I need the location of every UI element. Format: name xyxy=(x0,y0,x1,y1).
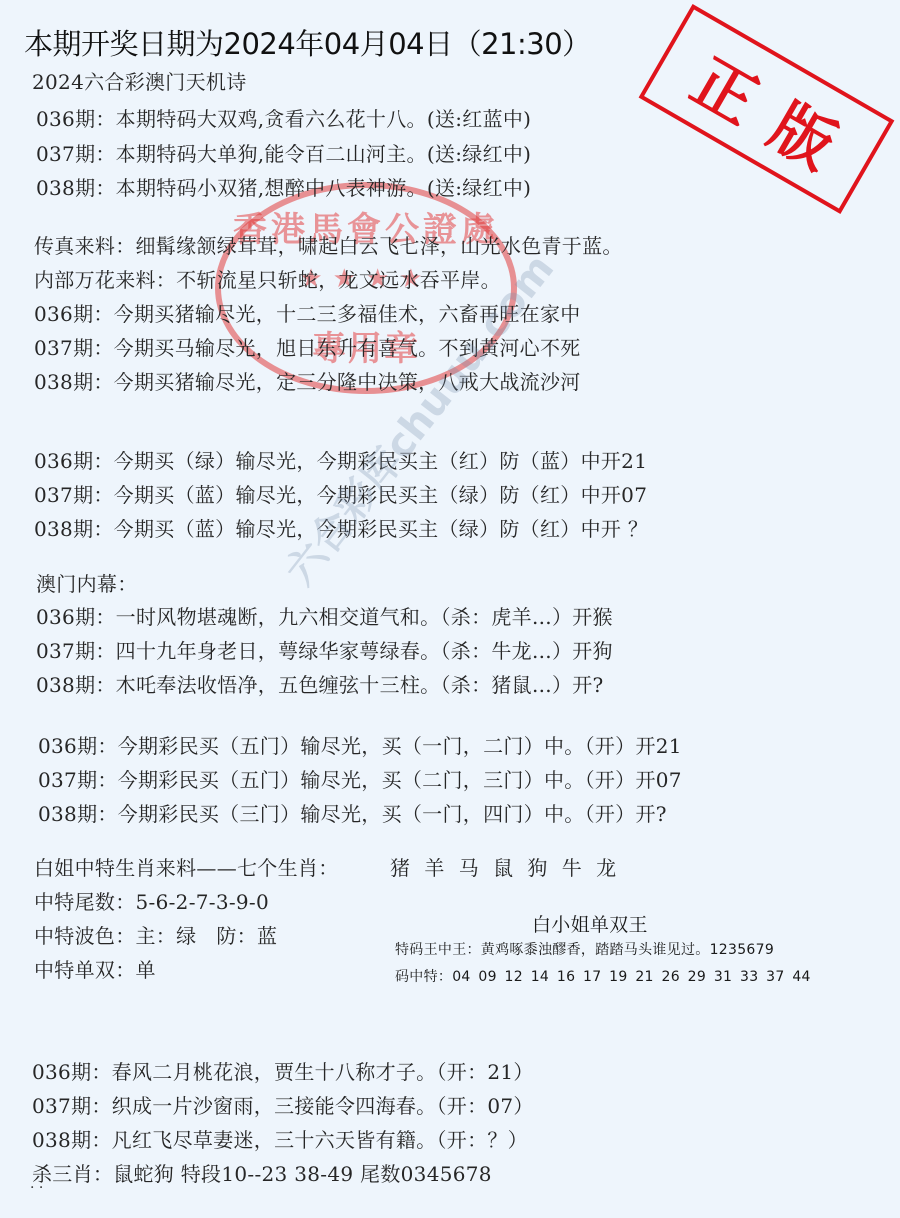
color-prediction-line: 036期：今期买（绿）输尽光，今期彩民买主（红）防（蓝）中开21 xyxy=(34,445,647,474)
inside-line: 038期：木吒奉法收悟净，五色缠弦十三柱。（杀：猪鼠...）开? xyxy=(36,669,604,698)
inside-line: 037期：四十九年身老日，萼绿华家萼绿春。（杀：牛龙...）开狗 xyxy=(36,635,613,664)
odd-even: 中特单双：单 xyxy=(34,954,156,983)
page-title: 本期开奖日期为2024年04月04日（21:30） xyxy=(24,22,591,63)
section-title-tianjishi: 2024六合彩澳门天机诗 xyxy=(32,66,247,95)
color-prediction-line: 038期：今期买（蓝）输尽光，今期彩民买主（绿）防（红）中开 ？ xyxy=(34,513,648,542)
internal-material-line: 内部万花来料：不斩流星只斩蛇，龙文远水吞平岸。 xyxy=(34,264,501,293)
trailing-dots: · · xyxy=(30,1180,43,1196)
box-line-2: 码中特：04 09 12 14 16 17 19 21 26 29 31 33 … xyxy=(395,966,811,986)
poem-line: 036期：本期特码大双鸡,贪看六么花十八。(送:红蓝中) xyxy=(36,103,531,132)
zhengban-stamp: 正版 xyxy=(639,4,895,214)
color-prediction-line: 037期：今期买（蓝）输尽光，今期彩民买主（绿）防（红）中开07 xyxy=(34,479,647,508)
period-line: 038期：今期买猪输尽光，定三分隆中决策，八戒大战流沙河 xyxy=(34,366,581,395)
tail-numbers: 中特尾数：5-6-2-7-3-9-0 xyxy=(34,886,269,915)
box-line-1: 特码王中王：黄鸡啄黍浊醪香，踏踏马头谁见过。1235679 xyxy=(395,939,774,959)
zodiac-label: 白姐中特生肖来料——七个生肖： xyxy=(34,852,339,881)
inside-line: 036期：一时风物堪魂断，九六相交道气和。（杀：虎羊...）开猴 xyxy=(36,601,613,630)
zodiac-list: 猪 羊 马 鼠 狗 牛 龙 xyxy=(390,852,620,881)
section-title-inside: 澳门内幕： xyxy=(36,568,138,597)
lottery-page: 本期开奖日期为2024年04月04日（21:30） 正版 香港馬會公證處 ★★★… xyxy=(0,0,900,1218)
door-line: 036期：今期彩民买（五门）输尽光，买（一门，二门）中。（开）开21 xyxy=(38,730,682,759)
box-title: 白小姐单双王 xyxy=(532,910,648,937)
door-line: 037期：今期彩民买（五门）输尽光，买（二门，三门）中。（开）开07 xyxy=(38,764,682,793)
wave-color: 中特波色：主：绿 防：蓝 xyxy=(34,920,277,949)
period-line: 036期：今期买猪输尽光，十二三多福佳术，六畜再旺在家中 xyxy=(34,298,581,327)
poem-line: 036期：春风二月桃花浪，贾生十八称才子。（开：21） xyxy=(32,1056,534,1085)
period-line: 037期：今期买马输尽光，旭日东升有喜气。不到黄河心不死 xyxy=(34,332,581,361)
poem-line: 037期：本期特码大单狗,能令百二山河主。(送:绿红中) xyxy=(36,138,531,167)
kill-three-zodiac: 杀三肖：鼠蛇狗 特段10--23 38-49 尾数0345678 xyxy=(32,1158,492,1187)
poem-line: 038期：凡红飞尽草妻迷，三十六天皆有籍。（开：？） xyxy=(32,1124,528,1153)
zhengban-text: 正版 xyxy=(678,32,878,199)
poem-line: 038期：本期特码小双猪,想醉中八表神游。(送:绿红中) xyxy=(36,172,531,201)
poem-line: 037期：织成一片沙窗雨，三接能令四海春。（开：07） xyxy=(32,1090,534,1119)
fax-material-line: 传真来料：细髯缘颔绿茸茸，啸起白云飞七泽，山光水色青于蓝。 xyxy=(34,230,623,259)
door-line: 038期：今期彩民买（三门）输尽光，买（一门，四门）中。（开）开? xyxy=(38,798,667,827)
